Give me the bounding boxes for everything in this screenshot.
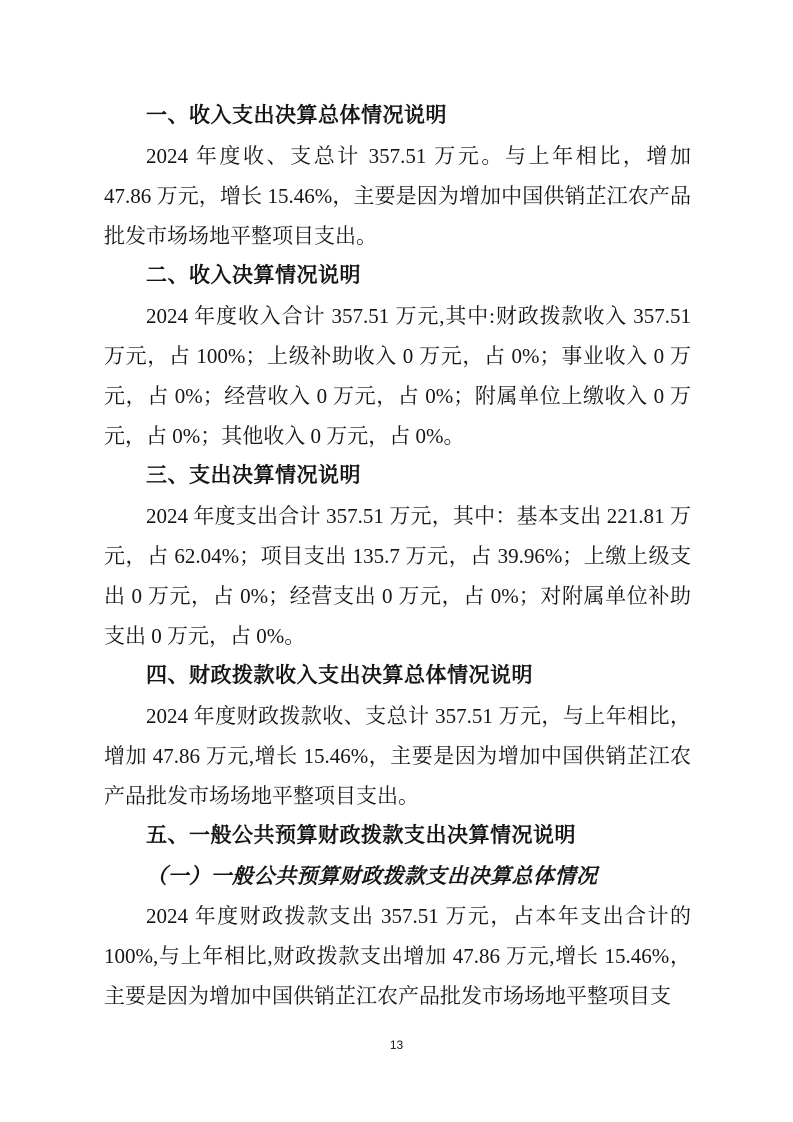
document-page: 一、收入支出决算总体情况说明2024 年度收、支总计 357.51 万元。与上年… <box>0 0 793 1122</box>
document-body: 一、收入支出决算总体情况说明2024 年度收、支总计 357.51 万元。与上年… <box>104 96 691 1016</box>
heading-section-5: 五、一般公共预算财政拨款支出决算情况说明 <box>104 816 691 856</box>
paragraph-section-1: 2024 年度收、支总计 357.51 万元。与上年相比，增加 47.86 万元… <box>104 136 691 256</box>
heading-section-5-sub-1: （一）一般公共预算财政拨款支出决算总体情况 <box>104 856 691 896</box>
paragraph-section-5-sub-1: 2024 年度财政拨款支出 357.51 万元，占本年支出合计的 100%,与上… <box>104 896 691 1016</box>
heading-section-1: 一、收入支出决算总体情况说明 <box>104 96 691 136</box>
paragraph-section-2: 2024 年度收入合计 357.51 万元,其中:财政拨款收入 357.51 万… <box>104 296 691 456</box>
heading-section-2: 二、收入决算情况说明 <box>104 256 691 296</box>
paragraph-section-3: 2024 年度支出合计 357.51 万元，其中：基本支出 221.81 万元，… <box>104 496 691 656</box>
heading-section-3: 三、支出决算情况说明 <box>104 456 691 496</box>
page-number: 13 <box>0 1036 793 1054</box>
heading-section-4: 四、财政拨款收入支出决算总体情况说明 <box>104 656 691 696</box>
paragraph-section-4: 2024 年度财政拨款收、支总计 357.51 万元，与上年相比，增加 47.8… <box>104 696 691 816</box>
